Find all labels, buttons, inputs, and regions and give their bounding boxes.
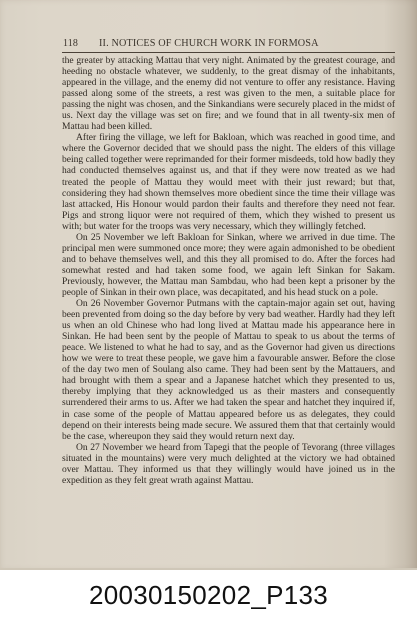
paragraph: the greater by attacking Mattau that ver…: [62, 55, 395, 132]
running-head: 118 II. NOTICES OF CHURCH WORK IN FORMOS…: [63, 38, 395, 52]
scanned-page: 118 II. NOTICES OF CHURCH WORK IN FORMOS…: [0, 0, 417, 570]
page-number: 118: [63, 38, 78, 49]
paragraph: After firing the village, we left for Ba…: [62, 132, 395, 231]
paragraph: On 26 November Governor Putmans with the…: [62, 298, 395, 442]
image-identifier-caption: 20030150202_P133: [0, 580, 417, 611]
header-rule: [62, 52, 395, 53]
paragraph: On 25 November we left Bakloan for Sinka…: [62, 232, 395, 298]
paragraph: On 27 November we heard from Tapegi that…: [62, 442, 395, 486]
body-text: the greater by attacking Mattau that ver…: [62, 55, 395, 486]
section-title: II. NOTICES OF CHURCH WORK IN FORMOSA: [99, 38, 319, 49]
